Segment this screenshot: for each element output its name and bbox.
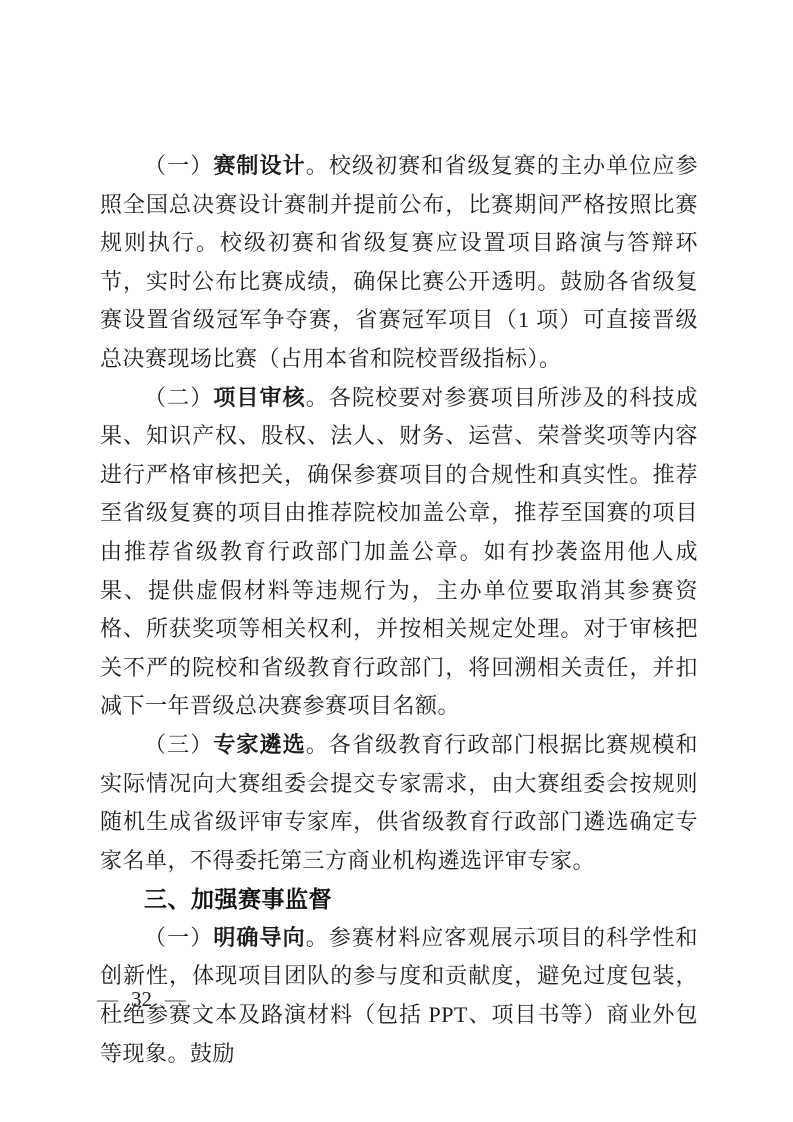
paragraph: （三）专家遴选。各省级教育行政部门根据比赛规模和实际情况向大赛组委会提交专家需求… [100,726,698,880]
document-page: （一）赛制设计。校级初赛和省级复赛的主办单位应参照全国总决赛设计赛制并提前公布，… [0,0,793,1122]
paragraph-text: 。各院校要对参赛项目所涉及的科技成果、知识产权、股权、法人、财务、运营、荣誉奖项… [100,385,698,719]
page-number-dash-right: — [165,986,186,1012]
paragraph: （一）明确导向。参赛材料应客观展示项目的科学性和创新性，体现项目团队的参与度和贡… [100,919,698,1073]
page-number-dash-left: — [97,986,118,1012]
paragraph-lead-title: 赛制设计 [213,153,305,178]
paragraph: （一）赛制设计。校级初赛和省级复赛的主办单位应参照全国总决赛设计赛制并提前公布，… [100,147,698,379]
paragraph-text: 。校级初赛和省级复赛的主办单位应参照全国总决赛设计赛制并提前公布，比赛期间严格按… [100,153,698,371]
page-number: — 32 — [97,986,186,1012]
section-heading: 三、加强赛事监督 [100,880,698,919]
paragraph-lead-title: 明确导向 [213,925,305,950]
paragraph: （二）项目审核。各院校要对参赛项目所涉及的科技成果、知识产权、股权、法人、财务、… [100,379,698,726]
paragraph-lead-title: 专家遴选 [213,732,305,757]
paragraph-lead: （三） [144,732,213,757]
paragraph-lead-title: 项目审核 [213,385,305,410]
document-body: （一）赛制设计。校级初赛和省级复赛的主办单位应参照全国总决赛设计赛制并提前公布，… [100,147,698,1073]
paragraph-lead: （一） [144,925,213,950]
paragraph-lead: （二） [144,385,213,410]
paragraph-lead: （一） [144,153,213,178]
page-number-value: 32 [131,986,152,1012]
